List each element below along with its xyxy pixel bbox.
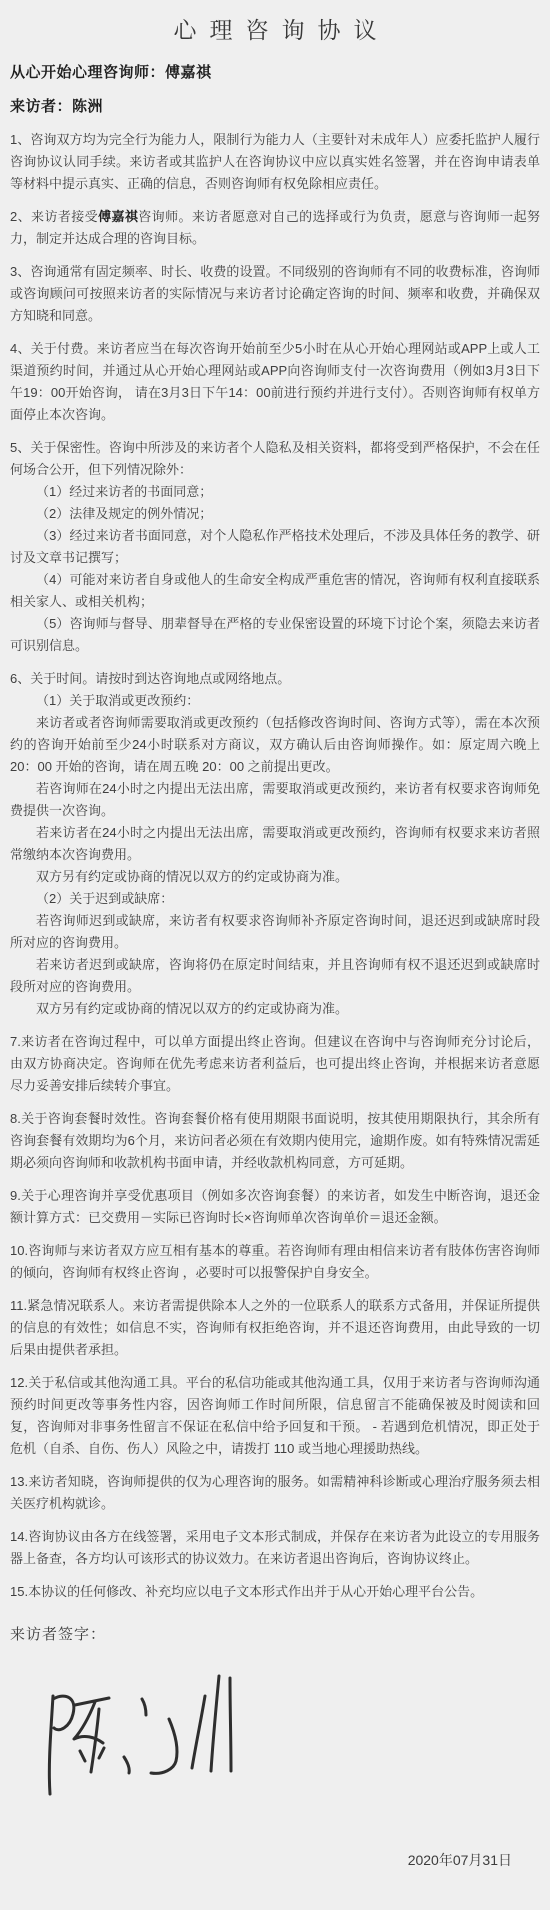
- clause-2-pre: 2、来访者接受: [10, 209, 98, 224]
- counselor-name: 傅嘉祺: [98, 209, 138, 224]
- clause-7-text: 7.来访者在咨询过程中，可以单方面提出终止咨询。但建议在咨询中与咨询师充分讨论后…: [10, 1031, 540, 1097]
- handwritten-signature-chen-zhou: [42, 1672, 242, 1817]
- clause-6-sub-9: 双方另有约定或协商的情况以双方的约定或协商为准。: [10, 998, 540, 1020]
- clause-14-text: 14.咨询协议由各方在线签署，采用电子文本形式制成，并保存在来访者为此设立的专用…: [10, 1526, 540, 1570]
- signature-label: 来访者签字：: [10, 1623, 540, 1644]
- clause-6-sub-2: 来访者或者咨询师需要取消或更改预约（包括修改咨询时间、咨询方式等），需在本次预约…: [10, 712, 540, 778]
- clause-6-sub-3: 若咨询师在24小时之内提出无法出席，需要取消或更改预约，来访者有权要求咨询师免费…: [10, 778, 540, 822]
- clause-13: 13.来访者知晓，咨询师提供的仅为心理咨询的服务。如需精神科诊断或心理治疗服务须…: [10, 1471, 540, 1515]
- clause-4: 4、关于付费。来访者应当在每次咨询开始前至少5小时在从心开始心理网站或APP上或…: [10, 338, 540, 426]
- clause-6-text: 6、关于时间。请按时到达咨询地点或网络地点。: [10, 668, 540, 690]
- visitor-signature: [42, 1672, 540, 1822]
- clause-3-text: 3、咨询通常有固定频率、时长、收费的设置。不同级别的咨询师有不同的收费标准，咨询…: [10, 261, 540, 327]
- clause-5-sub-2: （2）法律及规定的例外情况；: [10, 503, 540, 525]
- signature-date: 2020年07月31日: [10, 1850, 540, 1870]
- clause-14: 14.咨询协议由各方在线签署，采用电子文本形式制成，并保存在来访者为此设立的专用…: [10, 1526, 540, 1570]
- page-title: 心理咨询协议: [10, 12, 540, 45]
- clause-6-sub-4: 若来访者在24小时之内提出无法出席，需要取消或更改预约，咨询师有权要求来访者照常…: [10, 822, 540, 866]
- clause-5-text: 5、关于保密性。咨询中所涉及的来访者个人隐私及相关资料，都将受到严格保护，不会在…: [10, 437, 540, 481]
- clause-6-sub-8: 若来访者迟到或缺席，咨询将仍在原定时间结束，并且咨询师有权不退还迟到或缺席时段所…: [10, 954, 540, 998]
- clause-15-text: 15.本协议的任何修改、补充均应以电子文本形式作出并于从心开始心理平台公告。: [10, 1581, 540, 1603]
- clause-5-sub-4: （4）可能对来访者自身或他人的生命安全构成严重危害的情况，咨询师有权利直接联系相…: [10, 569, 540, 613]
- clause-1: 1、咨询双方均为完全行为能力人，限制行为能力人（主要针对未成年人）应委托监护人履…: [10, 129, 540, 195]
- visitor-line: 来访者：陈洲: [10, 95, 540, 116]
- clause-9: 9.关于心理咨询并享受优惠项目（例如多次咨询套餐）的来访者，如发生中断咨询，退还…: [10, 1185, 540, 1229]
- clause-6-sub-5: 双方另有约定或协商的情况以双方的约定或协商为准。: [10, 866, 540, 888]
- clause-6-sub-6: （2）关于迟到或缺席：: [10, 888, 540, 910]
- clause-2-text: 2、来访者接受傅嘉祺咨询师。来访者愿意对自己的选择或行为负责，愿意与咨询师一起努…: [10, 206, 540, 250]
- counselor-line: 从心开始心理咨询师：傅嘉祺: [10, 61, 540, 82]
- clause-3: 3、咨询通常有固定频率、时长、收费的设置。不同级别的咨询师有不同的收费标准，咨询…: [10, 261, 540, 327]
- clause-4-text: 4、关于付费。来访者应当在每次咨询开始前至少5小时在从心开始心理网站或APP上或…: [10, 338, 540, 426]
- clause-7: 7.来访者在咨询过程中，可以单方面提出终止咨询。但建议在咨询中与咨询师充分讨论后…: [10, 1031, 540, 1097]
- clause-13-text: 13.来访者知晓，咨询师提供的仅为心理咨询的服务。如需精神科诊断或心理治疗服务须…: [10, 1471, 540, 1515]
- clause-12-text: 12.关于私信或其他沟通工具。平台的私信功能或其他沟通工具，仅用于来访者与咨询师…: [10, 1372, 540, 1460]
- clause-6-sub-1: （1）关于取消或更改预约：: [10, 690, 540, 712]
- clause-10-text: 10.咨询师与来访者双方应互相有基本的尊重。若咨询师有理由相信来访者有肢体伤害咨…: [10, 1240, 540, 1284]
- clause-10: 10.咨询师与来访者双方应互相有基本的尊重。若咨询师有理由相信来访者有肢体伤害咨…: [10, 1240, 540, 1284]
- clause-9-text: 9.关于心理咨询并享受优惠项目（例如多次咨询套餐）的来访者，如发生中断咨询，退还…: [10, 1185, 540, 1229]
- clause-11: 11.紧急情况联系人。来访者需提供除本人之外的一位联系人的联系方式备用，并保证所…: [10, 1295, 540, 1361]
- clause-5-sub-1: （1）经过来访者的书面同意；: [10, 481, 540, 503]
- clause-8-text: 8.关于咨询套餐时效性。咨询套餐价格有使用期限书面说明，按其使用期限执行，其余所…: [10, 1108, 540, 1174]
- clause-2: 2、来访者接受傅嘉祺咨询师。来访者愿意对自己的选择或行为负责，愿意与咨询师一起努…: [10, 206, 540, 250]
- clause-11-text: 11.紧急情况联系人。来访者需提供除本人之外的一位联系人的联系方式备用，并保证所…: [10, 1295, 540, 1361]
- agreement-page: 心理咨询协议 从心开始心理咨询师：傅嘉祺 来访者：陈洲 1、咨询双方均为完全行为…: [0, 0, 550, 1910]
- clause-6-sub-7: 若咨询师迟到或缺席，来访者有权要求咨询师补齐原定咨询时间，退还迟到或缺席时段所对…: [10, 910, 540, 954]
- clause-15: 15.本协议的任何修改、补充均应以电子文本形式作出并于从心开始心理平台公告。: [10, 1581, 540, 1603]
- clause-6: 6、关于时间。请按时到达咨询地点或网络地点。 （1）关于取消或更改预约： 来访者…: [10, 668, 540, 1020]
- clause-8: 8.关于咨询套餐时效性。咨询套餐价格有使用期限书面说明，按其使用期限执行，其余所…: [10, 1108, 540, 1174]
- clause-12: 12.关于私信或其他沟通工具。平台的私信功能或其他沟通工具，仅用于来访者与咨询师…: [10, 1372, 540, 1460]
- clause-1-text: 1、咨询双方均为完全行为能力人，限制行为能力人（主要针对未成年人）应委托监护人履…: [10, 129, 540, 195]
- clause-5-sub-5: （5）咨询师与督导、朋辈督导在严格的专业保密设置的环境下讨论个案，须隐去来访者可…: [10, 613, 540, 657]
- clause-5-sub-3: （3）经过来访者书面同意，对个人隐私作严格技术处理后，不涉及具体任务的教学、研讨…: [10, 525, 540, 569]
- clause-5: 5、关于保密性。咨询中所涉及的来访者个人隐私及相关资料，都将受到严格保护，不会在…: [10, 437, 540, 657]
